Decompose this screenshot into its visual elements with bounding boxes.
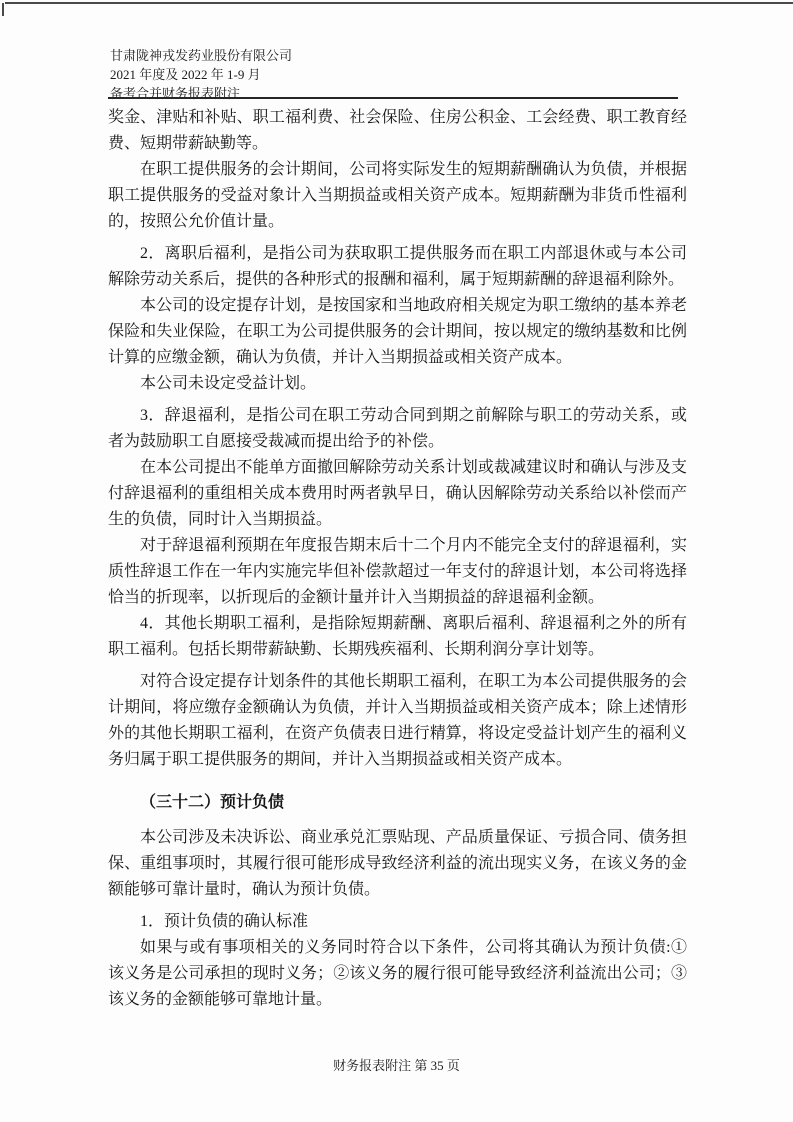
scan-edge-line xyxy=(5,2,793,4)
paragraph: 对于辞退福利预期在年度报告期末后十二个月内不能完全支付的辞退福利，实质性辞退工作… xyxy=(108,533,687,611)
paragraph: 3．辞退福利，是指公司在职工劳动合同到期之前解除与职工的劳动关系，或者为鼓励职工… xyxy=(108,403,687,455)
section-heading: （三十二）预计负债 xyxy=(108,790,687,816)
header-divider xyxy=(108,97,678,99)
document-header: 甘肃陇神戎发药业股份有限公司 2021 年度及 2022 年 1-9 月 备考合… xyxy=(110,46,292,103)
document-page: 甘肃陇神戎发药业股份有限公司 2021 年度及 2022 年 1-9 月 备考合… xyxy=(0,0,793,1122)
paragraph: 1．预计负债的确认标准 xyxy=(108,909,687,935)
paragraph: 4．其他长期职工福利，是指除短期薪酬、离职后福利、辞退福利之外的所有职工福利。包… xyxy=(108,611,687,663)
paragraph: 在本公司提出不能单方面撤回解除劳动关系计划或裁减建议时和确认与涉及支付辞退福利的… xyxy=(108,455,687,533)
page-footer: 财务报表附注 第 35 页 xyxy=(0,1056,793,1075)
paragraph: 本公司的设定提存计划，是按国家和当地政府相关规定为职工缴纳的基本养老保险和失业保… xyxy=(108,293,687,371)
paragraph: 2．离职后福利，是指公司为获取职工提供服务而在职工内部退休或与本公司解除劳动关系… xyxy=(108,241,687,293)
report-period: 2021 年度及 2022 年 1-9 月 xyxy=(110,65,292,84)
paragraph: 本公司未设定受益计划。 xyxy=(108,371,687,397)
paragraph: 本公司涉及未决诉讼、商业承兑汇票贴现、产品质量保证、亏损合同、债务担保、重组事项… xyxy=(108,825,687,903)
paragraph: 奖金、津贴和补贴、职工福利费、社会保险、住房公积金、工会经费、职工教育经费、短期… xyxy=(108,105,687,157)
paragraph: 对符合设定提存计划条件的其他长期职工福利，在职工为本公司提供服务的会计期间，将应… xyxy=(108,669,687,773)
document-body: 奖金、津贴和补贴、职工福利费、社会保险、住房公积金、工会经费、职工教育经费、短期… xyxy=(108,105,687,1013)
footer-page-label: 财务报表附注 第 35 页 xyxy=(333,1058,460,1073)
company-name: 甘肃陇神戎发药业股份有限公司 xyxy=(110,46,292,65)
scan-edge-tick xyxy=(2,3,4,16)
document-title: 备考合并财务报表附注 xyxy=(110,84,292,103)
paragraph: 在职工提供服务的会计期间，公司将实际发生的短期薪酬确认为负债，并根据职工提供服务… xyxy=(108,157,687,235)
paragraph: 如果与或有事项相关的义务同时符合以下条件，公司将其确认为预计负债:①该义务是公司… xyxy=(108,935,687,1013)
